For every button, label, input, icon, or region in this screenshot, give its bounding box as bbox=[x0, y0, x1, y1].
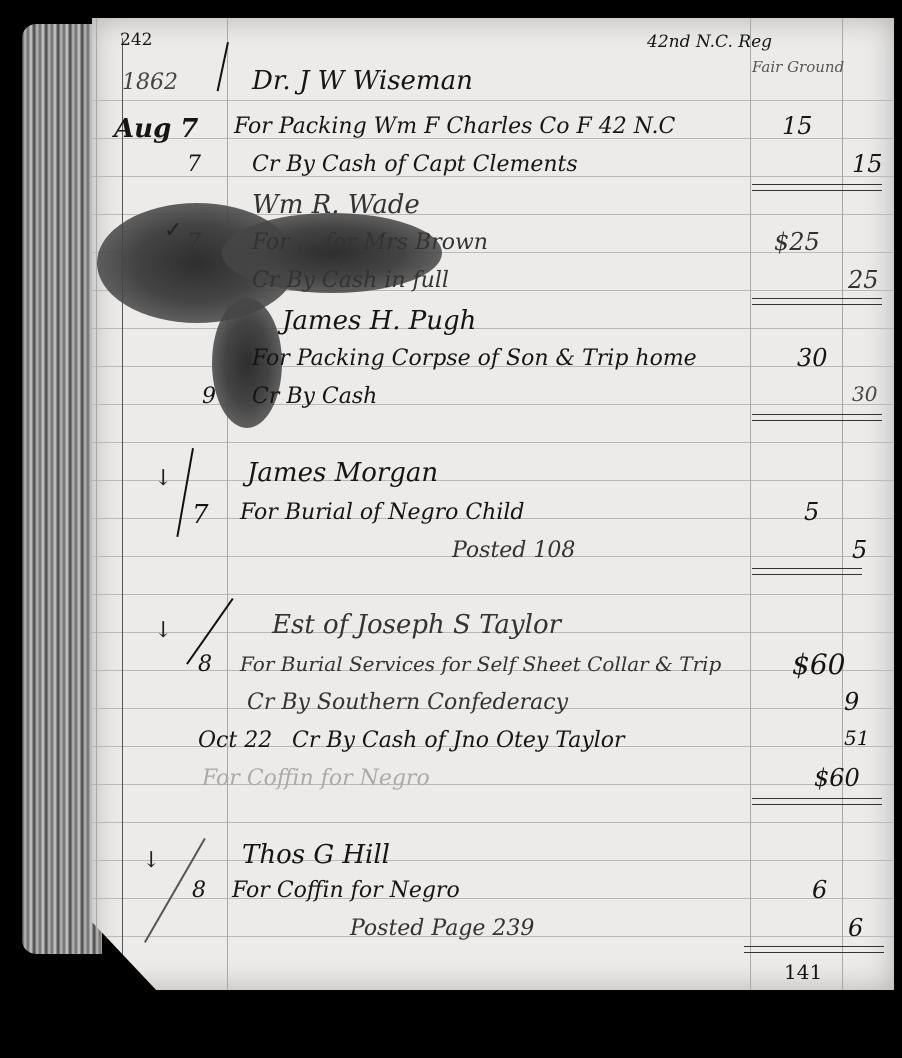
entry-date: 7 bbox=[192, 500, 209, 530]
ruling-line bbox=[92, 898, 894, 899]
ruling-line bbox=[92, 480, 894, 481]
debit-amount: $60 bbox=[792, 648, 845, 681]
entry-text: For Burial Services for Self Sheet Colla… bbox=[240, 652, 721, 676]
entry-text: For Packing Wm F Charles Co F 42 N.C bbox=[234, 114, 675, 139]
entry-text: For ... for Mrs Brown bbox=[252, 230, 488, 255]
double-underline bbox=[752, 414, 882, 421]
credit-amount: 25 bbox=[848, 266, 879, 294]
account-name: James H. Pugh bbox=[282, 306, 476, 336]
ruling-column-line bbox=[227, 18, 228, 990]
posted-note: Posted 108 bbox=[452, 538, 575, 563]
header-note-regiment: 42nd N.C. Reg bbox=[647, 32, 772, 52]
year-label: 1862 bbox=[122, 70, 178, 95]
check-mark: ✓ bbox=[164, 218, 182, 243]
account-name: Dr. J W Wiseman bbox=[252, 66, 473, 96]
credit-amount: 15 bbox=[852, 150, 883, 178]
ledger-page: 242 42nd N.C. Reg Fair Ground 1862 Dr. J… bbox=[92, 18, 894, 990]
entry-date: 8 bbox=[198, 652, 212, 677]
entry-date: 7 bbox=[187, 152, 201, 177]
debit-amount: 15 bbox=[782, 112, 813, 140]
book-page-edges bbox=[22, 24, 102, 954]
double-underline bbox=[752, 298, 882, 305]
ruling-line bbox=[92, 594, 894, 595]
double-underline bbox=[744, 946, 884, 953]
ruling-column-line bbox=[96, 18, 97, 990]
header-note-location: Fair Ground bbox=[752, 58, 844, 76]
posted-note: Posted Page 239 bbox=[350, 916, 534, 941]
credit-amount: 5 bbox=[852, 536, 867, 564]
debit-amount: 30 bbox=[797, 344, 828, 372]
entry-text: For Packing Corpse of Son & Trip home bbox=[252, 346, 697, 371]
double-underline bbox=[752, 798, 882, 805]
credit-amount: 51 bbox=[844, 726, 869, 750]
debit-amount: 6 bbox=[812, 876, 827, 904]
credit-total: $60 bbox=[814, 764, 860, 792]
crossed-out-text: For Coffin for Negro bbox=[202, 766, 430, 791]
ruling-column-line bbox=[842, 18, 843, 990]
entry-text: Cr By Cash of Jno Otey Taylor bbox=[292, 728, 625, 753]
entry-date: 7 bbox=[187, 230, 201, 255]
entry-date: Aug 7 bbox=[114, 114, 198, 144]
account-name: James Morgan bbox=[247, 458, 438, 488]
ruling-line bbox=[92, 328, 894, 329]
debit-amount: 5 bbox=[804, 498, 819, 526]
ruling-line bbox=[92, 100, 894, 101]
account-name: Thos G Hill bbox=[242, 840, 390, 870]
ruling-column-line bbox=[750, 18, 751, 990]
entry-text: Cr By Cash bbox=[252, 384, 377, 409]
entry-date: 8 bbox=[192, 878, 206, 903]
account-name: Wm R. Wade bbox=[252, 190, 420, 220]
account-name: Est of Joseph S Taylor bbox=[272, 610, 561, 640]
entry-text: For Coffin for Negro bbox=[232, 878, 460, 903]
entry-date: Oct 22 bbox=[198, 728, 272, 753]
ruling-line bbox=[92, 860, 894, 861]
entry-text: Cr By Cash in full bbox=[252, 268, 449, 293]
check-mark: ↓ bbox=[154, 466, 172, 491]
check-mark: ↓ bbox=[142, 848, 160, 873]
page-number-top: 242 bbox=[120, 30, 152, 50]
ruling-line bbox=[92, 442, 894, 443]
double-underline bbox=[752, 184, 882, 191]
entry-text: For Burial of Negro Child bbox=[240, 500, 525, 525]
entry-date: 9 bbox=[202, 384, 216, 409]
entry-text: Cr By Southern Confederacy bbox=[247, 690, 568, 715]
double-underline bbox=[752, 568, 862, 575]
debit-amount: $25 bbox=[774, 228, 820, 256]
ruling-line bbox=[92, 822, 894, 823]
credit-amount: 30 bbox=[852, 382, 877, 406]
page-number-bottom: 141 bbox=[784, 960, 822, 984]
entry-text: Cr By Cash of Capt Clements bbox=[252, 152, 578, 177]
check-mark: ↓ bbox=[154, 618, 172, 643]
pencil-margin-line bbox=[122, 38, 123, 958]
credit-amount: 6 bbox=[848, 914, 863, 942]
credit-amount: 9 bbox=[844, 688, 859, 716]
